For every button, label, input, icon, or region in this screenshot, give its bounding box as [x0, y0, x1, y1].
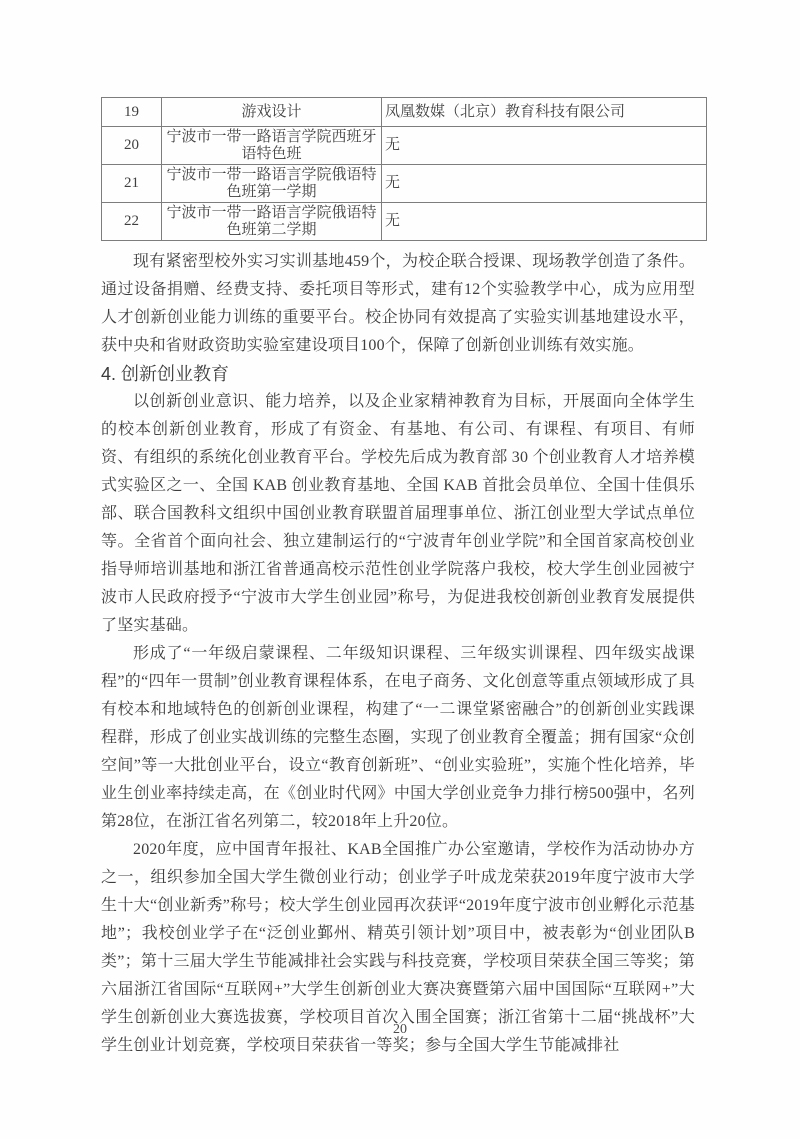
section-heading-innovation-education: 4. 创新创业教育	[101, 360, 701, 388]
partner-cell: 无	[382, 165, 707, 203]
cooperation-programs-table: 19 游戏设计 凤凰数媒（北京）教育科技有限公司 20 宁波市一带一路语言学院西…	[101, 97, 707, 241]
paragraph-curriculum-system: 形成了“一年级启蒙课程、二年级知识课程、三年级实训课程、四年级实战课程”的“四年…	[101, 640, 695, 836]
partner-cell: 无	[382, 127, 707, 165]
row-number-cell: 22	[102, 203, 162, 241]
partner-cell: 无	[382, 203, 707, 241]
program-name-cell: 宁波市一带一路语言学院西班牙语特色班	[162, 127, 382, 165]
paragraph-education-platform: 以创新创业意识、能力培养，以及企业家精神教育为目标，开展面向全体学生的校本创新创…	[101, 388, 695, 640]
partner-cell: 凤凰数媒（北京）教育科技有限公司	[382, 98, 707, 127]
page-number: 20	[0, 1022, 800, 1038]
program-name-cell: 游戏设计	[162, 98, 382, 127]
row-number-cell: 21	[102, 165, 162, 203]
table-row: 20 宁波市一带一路语言学院西班牙语特色班 无	[102, 127, 707, 165]
paragraph-training-bases: 现有紧密型校外实习实训基地459个，为校企联合授课、现场教学创造了条件。通过设备…	[101, 248, 695, 360]
page-content: 19 游戏设计 凤凰数媒（北京）教育科技有限公司 20 宁波市一带一路语言学院西…	[101, 97, 701, 1060]
document-page: 19 游戏设计 凤凰数媒（北京）教育科技有限公司 20 宁波市一带一路语言学院西…	[0, 0, 800, 1139]
program-name-cell: 宁波市一带一路语言学院俄语特色班第一学期	[162, 165, 382, 203]
row-number-cell: 19	[102, 98, 162, 127]
program-name-cell: 宁波市一带一路语言学院俄语特色班第二学期	[162, 203, 382, 241]
table-row: 19 游戏设计 凤凰数媒（北京）教育科技有限公司	[102, 98, 707, 127]
table-row: 21 宁波市一带一路语言学院俄语特色班第一学期 无	[102, 165, 707, 203]
row-number-cell: 20	[102, 127, 162, 165]
table-row: 22 宁波市一带一路语言学院俄语特色班第二学期 无	[102, 203, 707, 241]
